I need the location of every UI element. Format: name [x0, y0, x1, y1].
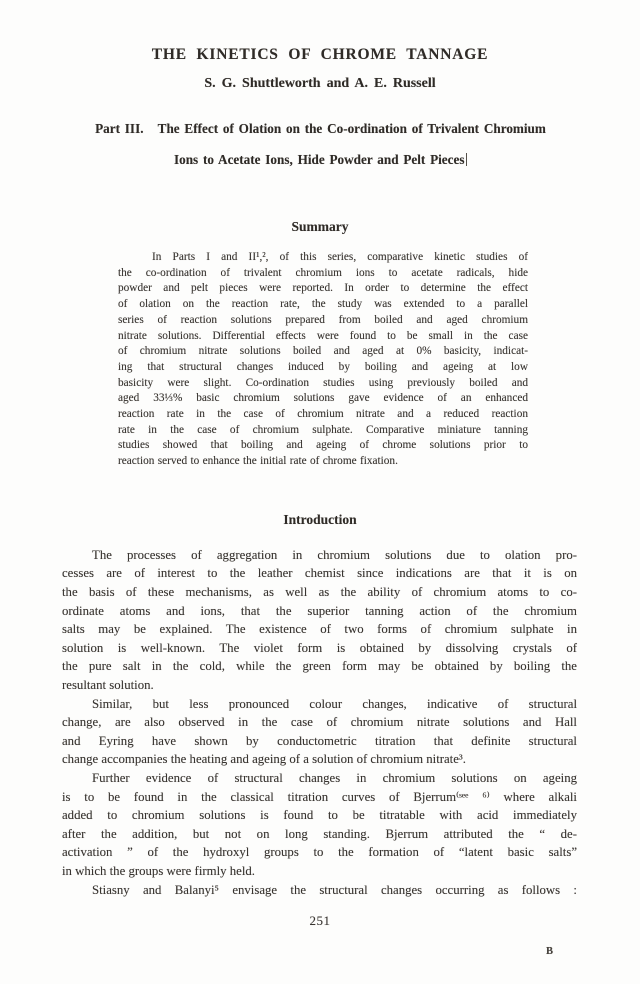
text-line: The processes of aggregation in chromium…: [62, 546, 577, 565]
page-number: 251: [0, 913, 640, 929]
paper-authors: S. G. Shuttleworth and A. E. Russell: [0, 76, 640, 92]
text-line: and Eyring have shown by conductometric …: [62, 732, 577, 751]
introduction-heading: Introduction: [0, 512, 640, 528]
introduction-paragraph-3: Further evidence of structural changes i…: [62, 769, 577, 881]
text-line: salts may be explained. The existence of…: [62, 620, 577, 639]
part-heading-line2: Ions to Acetate Ions, Hide Powder and Pe…: [63, 144, 578, 175]
text-line: ordinate atoms and ions, that the superi…: [62, 602, 577, 621]
text-line: after the addition, but not on long stan…: [62, 825, 577, 844]
text-line: powder and pelt pieces were reported. In…: [118, 281, 528, 297]
text-line: the basis of these mechanisms, as well a…: [62, 583, 577, 602]
scanned-paper-page: THE KINETICS OF CHROME TANNAGE S. G. Shu…: [0, 0, 640, 984]
text-line: change accompanies the heating and agein…: [62, 750, 577, 769]
text-line: studies showed that boiling and ageing o…: [118, 438, 528, 454]
text-line: change, are also observed in the case of…: [62, 713, 577, 732]
text-line: cesses are of interest to the leather ch…: [62, 564, 577, 583]
text-line: the co-ordination of trivalent chromium …: [118, 266, 528, 282]
text-line: In Parts I and II¹,², of this series, co…: [118, 250, 528, 266]
text-line: resultant solution.: [62, 676, 577, 695]
introduction-text: The processes of aggregation in chromium…: [62, 546, 577, 899]
introduction-paragraph-2: Similar, but less pronounced colour chan…: [62, 695, 577, 769]
text-line: of chromium nitrate solutions boiled and…: [118, 344, 528, 360]
text-line: reaction rate in the case of chromium ni…: [118, 407, 528, 423]
summary-text: In Parts I and II¹,², of this series, co…: [118, 250, 528, 470]
text-line: activation ” of the hydroxyl groups to t…: [62, 843, 577, 862]
text-line: rate in the case of chromium sulphate. C…: [118, 423, 528, 439]
text-line: is to be found in the classical titratio…: [62, 788, 577, 807]
text-line: aged 33⅓% basic chromium solutions gave …: [118, 391, 528, 407]
text-line: Stiasny and Balanyi⁵ envisage the struct…: [62, 881, 577, 900]
text-line: Further evidence of structural changes i…: [62, 769, 577, 788]
text-line: Similar, but less pronounced colour chan…: [62, 695, 577, 714]
text-line: solution is well-known. The violet form …: [62, 639, 577, 658]
printer-signature-mark: B: [546, 946, 553, 957]
text-line: in which the groups were firmly held.: [62, 862, 577, 881]
paper-title: THE KINETICS OF CHROME TANNAGE: [0, 0, 640, 64]
text-line: of olation on the reaction rate, the stu…: [118, 297, 528, 313]
text-line: nitrate solutions. Differential effects …: [118, 329, 528, 345]
part-heading: Part III. The Effect of Olation on the C…: [63, 113, 578, 175]
summary-heading: Summary: [0, 219, 640, 235]
introduction-paragraph-4: Stiasny and Balanyi⁵ envisage the struct…: [62, 881, 577, 900]
text-line: added to chromium solutions is found to …: [62, 806, 577, 825]
text-line: reaction served to enhance the initial r…: [118, 454, 528, 470]
text-line: series of reaction solutions prepared fr…: [118, 313, 528, 329]
text-line: basicity were slight. Co-ordination stud…: [118, 376, 528, 392]
text-line: ing that structural changes induced by b…: [118, 360, 528, 376]
introduction-paragraph-1: The processes of aggregation in chromium…: [62, 546, 577, 695]
text-line: the pure salt in the cold, while the gre…: [62, 657, 577, 676]
part-heading-line1: Part III. The Effect of Olation on the C…: [63, 113, 578, 144]
